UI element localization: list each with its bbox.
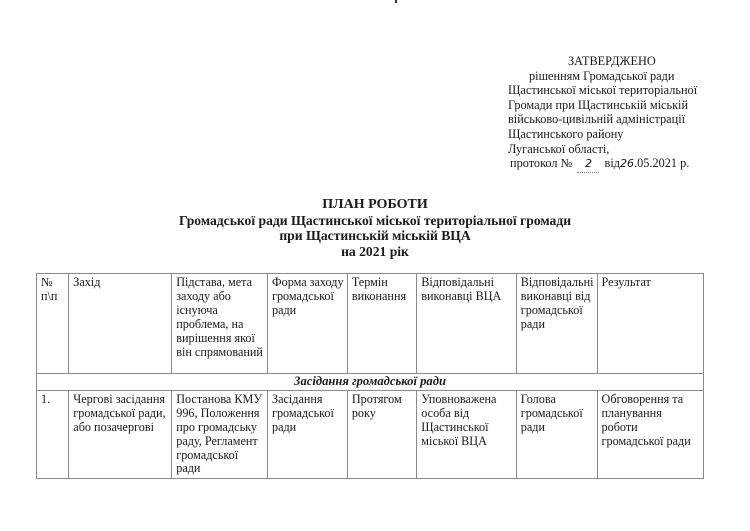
table-row: 1. Чергові засідання громадської ради, а… <box>37 390 704 478</box>
cell-number: 1. <box>37 390 69 478</box>
cell-event: Чергові засідання громадської ради, або … <box>69 390 172 478</box>
protocol-date-prefix: від <box>605 156 620 170</box>
header-resp-vca: Відповідальні виконавці ВЦА <box>417 274 516 374</box>
approval-line: Щастинського району <box>508 127 738 142</box>
table-header-row: № п\п Захід Підстава, мета заходу або іс… <box>37 274 704 374</box>
protocol-prefix: протокол № <box>510 156 572 170</box>
title-main: ПЛАН РОБОТИ <box>0 197 750 213</box>
header-result: Результат <box>597 274 703 374</box>
cell-form: Засідання громадської ради <box>267 390 347 478</box>
approval-line: рішенням Громадської ради <box>508 69 738 84</box>
header-number: № п\п <box>37 274 69 374</box>
approval-stamp: ЗАТВЕРДЖЕНО рішенням Громадської ради Ща… <box>508 54 738 173</box>
section-title: Засідання громадської ради <box>37 374 704 391</box>
approval-line: військово-цивільній адміністрації <box>508 112 738 127</box>
cell-result: Обговорення та планування роботи громадс… <box>597 390 703 478</box>
title-year: на 2021 рік <box>0 244 750 260</box>
approval-line: Громади при Щастинській міській <box>508 98 738 113</box>
cell-term: Протягом року <box>347 390 416 478</box>
cell-basis: Постанова КМУ 996, Положення про громадс… <box>172 390 268 478</box>
title-line: при Щастинській міській ВЦА <box>0 228 750 244</box>
document-title: ПЛАН РОБОТИ Громадської ради Щастинської… <box>0 197 750 259</box>
section-row: Засідання громадської ради <box>37 374 704 391</box>
protocol-day: 26 <box>620 157 634 170</box>
cell-resp-council: Голова громадської ради <box>516 390 597 478</box>
cell-resp-vca: Уповноважена особа від Щастинської міськ… <box>417 390 516 478</box>
protocol-line: протокол № 2 від26.05.2021 р. <box>508 156 738 173</box>
header-event: Захід <box>69 274 172 374</box>
work-plan-table: № п\п Захід Підстава, мета заходу або іс… <box>36 273 704 479</box>
approval-line: Щастинської міської територіальної <box>508 83 738 98</box>
header-basis: Підстава, мета заходу або існуюча пробле… <box>172 274 268 374</box>
header-form: Форма заходу громадської ради <box>267 274 347 374</box>
approval-heading: ЗАТВЕРДЖЕНО <box>508 54 738 69</box>
protocol-date-rest: .05.2021 р. <box>634 156 689 170</box>
header-resp-council: Відповідальні виконавці від громадської … <box>516 274 597 374</box>
header-term: Термін виконання <box>347 274 416 374</box>
title-line: Громадської ради Щастинської міської тер… <box>0 213 750 229</box>
scan-artifact <box>395 0 397 3</box>
approval-line: Луганської області, <box>508 142 738 157</box>
protocol-number: 2 <box>577 157 599 173</box>
